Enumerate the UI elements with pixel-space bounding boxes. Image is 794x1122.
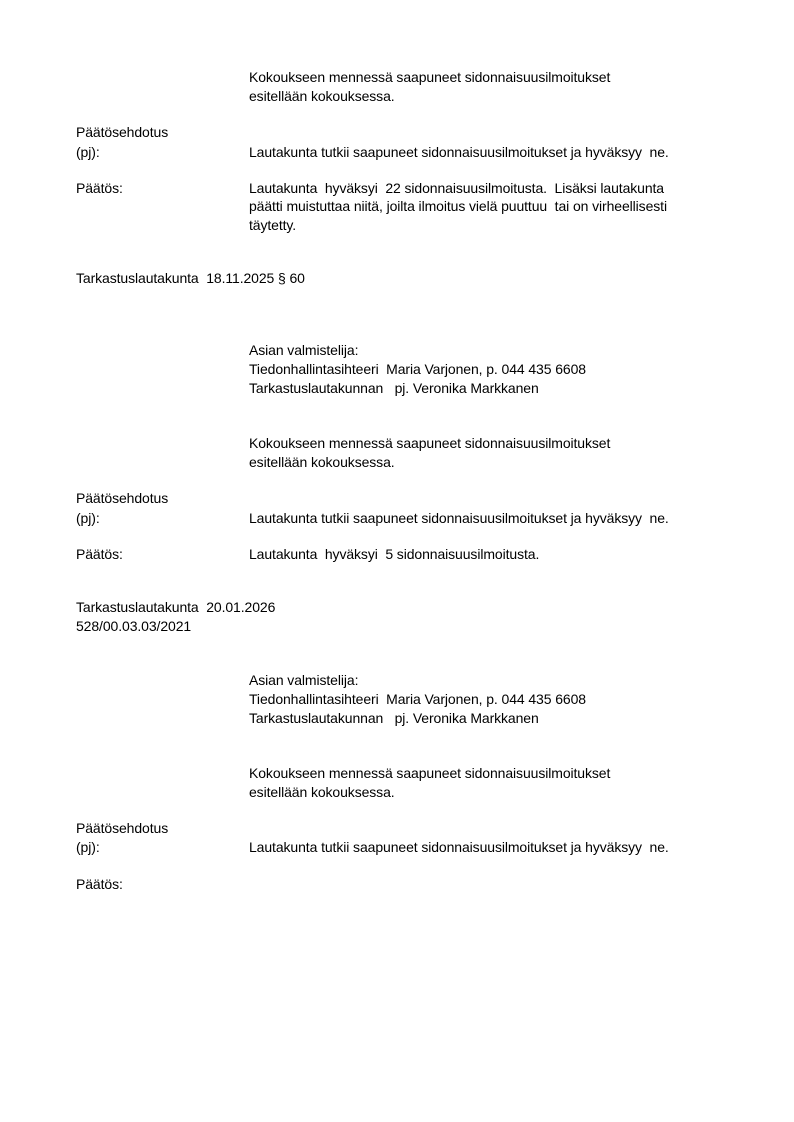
decision-text: Lautakunta hyväksyi 5 sidonnaisuusilmoit… xyxy=(249,545,539,564)
intro-line: esitellään kokouksessa. xyxy=(249,453,395,472)
meeting-header: Tarkastuslautakunta 20.01.2026 xyxy=(76,598,275,617)
proposal-text: Lautakunta tutkii saapuneet sidonnaisuus… xyxy=(249,838,669,857)
decision-label: Päätös: xyxy=(76,179,123,198)
proposal-text: Lautakunta tutkii saapuneet sidonnaisuus… xyxy=(249,509,669,528)
intro-line: Kokoukseen mennessä saapuneet sidonnaisu… xyxy=(249,68,610,87)
preparer-line: Tiedonhallintasihteeri Maria Varjonen, p… xyxy=(249,690,586,709)
case-number: 528/00.03.03/2021 xyxy=(76,617,191,636)
proposal-label: Päätösehdotus xyxy=(76,819,168,838)
decision-text: täytetty. xyxy=(249,216,296,235)
decision-text: Lautakunta hyväksyi 22 sidonnaisuusilmoi… xyxy=(249,179,664,198)
preparer-line: Tarkastuslautakunnan pj. Veronika Markka… xyxy=(249,379,539,398)
proposal-label: Päätösehdotus xyxy=(76,489,168,508)
decision-label: Päätös: xyxy=(76,545,123,564)
preparer-line: Tarkastuslautakunnan pj. Veronika Markka… xyxy=(249,709,539,728)
meeting-header: Tarkastuslautakunta 18.11.2025 § 60 xyxy=(76,269,305,288)
proposal-label: (pj): xyxy=(76,509,100,528)
preparer-line: Asian valmistelija: xyxy=(249,341,358,360)
decision-label: Päätös: xyxy=(76,875,123,894)
proposal-label: (pj): xyxy=(76,143,100,162)
proposal-text: Lautakunta tutkii saapuneet sidonnaisuus… xyxy=(249,143,669,162)
intro-line: esitellään kokouksessa. xyxy=(249,783,395,802)
decision-text: päätti muistuttaa niitä, joilta ilmoitus… xyxy=(249,197,667,216)
proposal-label: (pj): xyxy=(76,838,100,857)
proposal-label: Päätösehdotus xyxy=(76,123,168,142)
intro-line: Kokoukseen mennessä saapuneet sidonnaisu… xyxy=(249,434,610,453)
intro-line: esitellään kokouksessa. xyxy=(249,87,395,106)
preparer-line: Asian valmistelija: xyxy=(249,671,358,690)
intro-line: Kokoukseen mennessä saapuneet sidonnaisu… xyxy=(249,764,610,783)
preparer-line: Tiedonhallintasihteeri Maria Varjonen, p… xyxy=(249,360,586,379)
